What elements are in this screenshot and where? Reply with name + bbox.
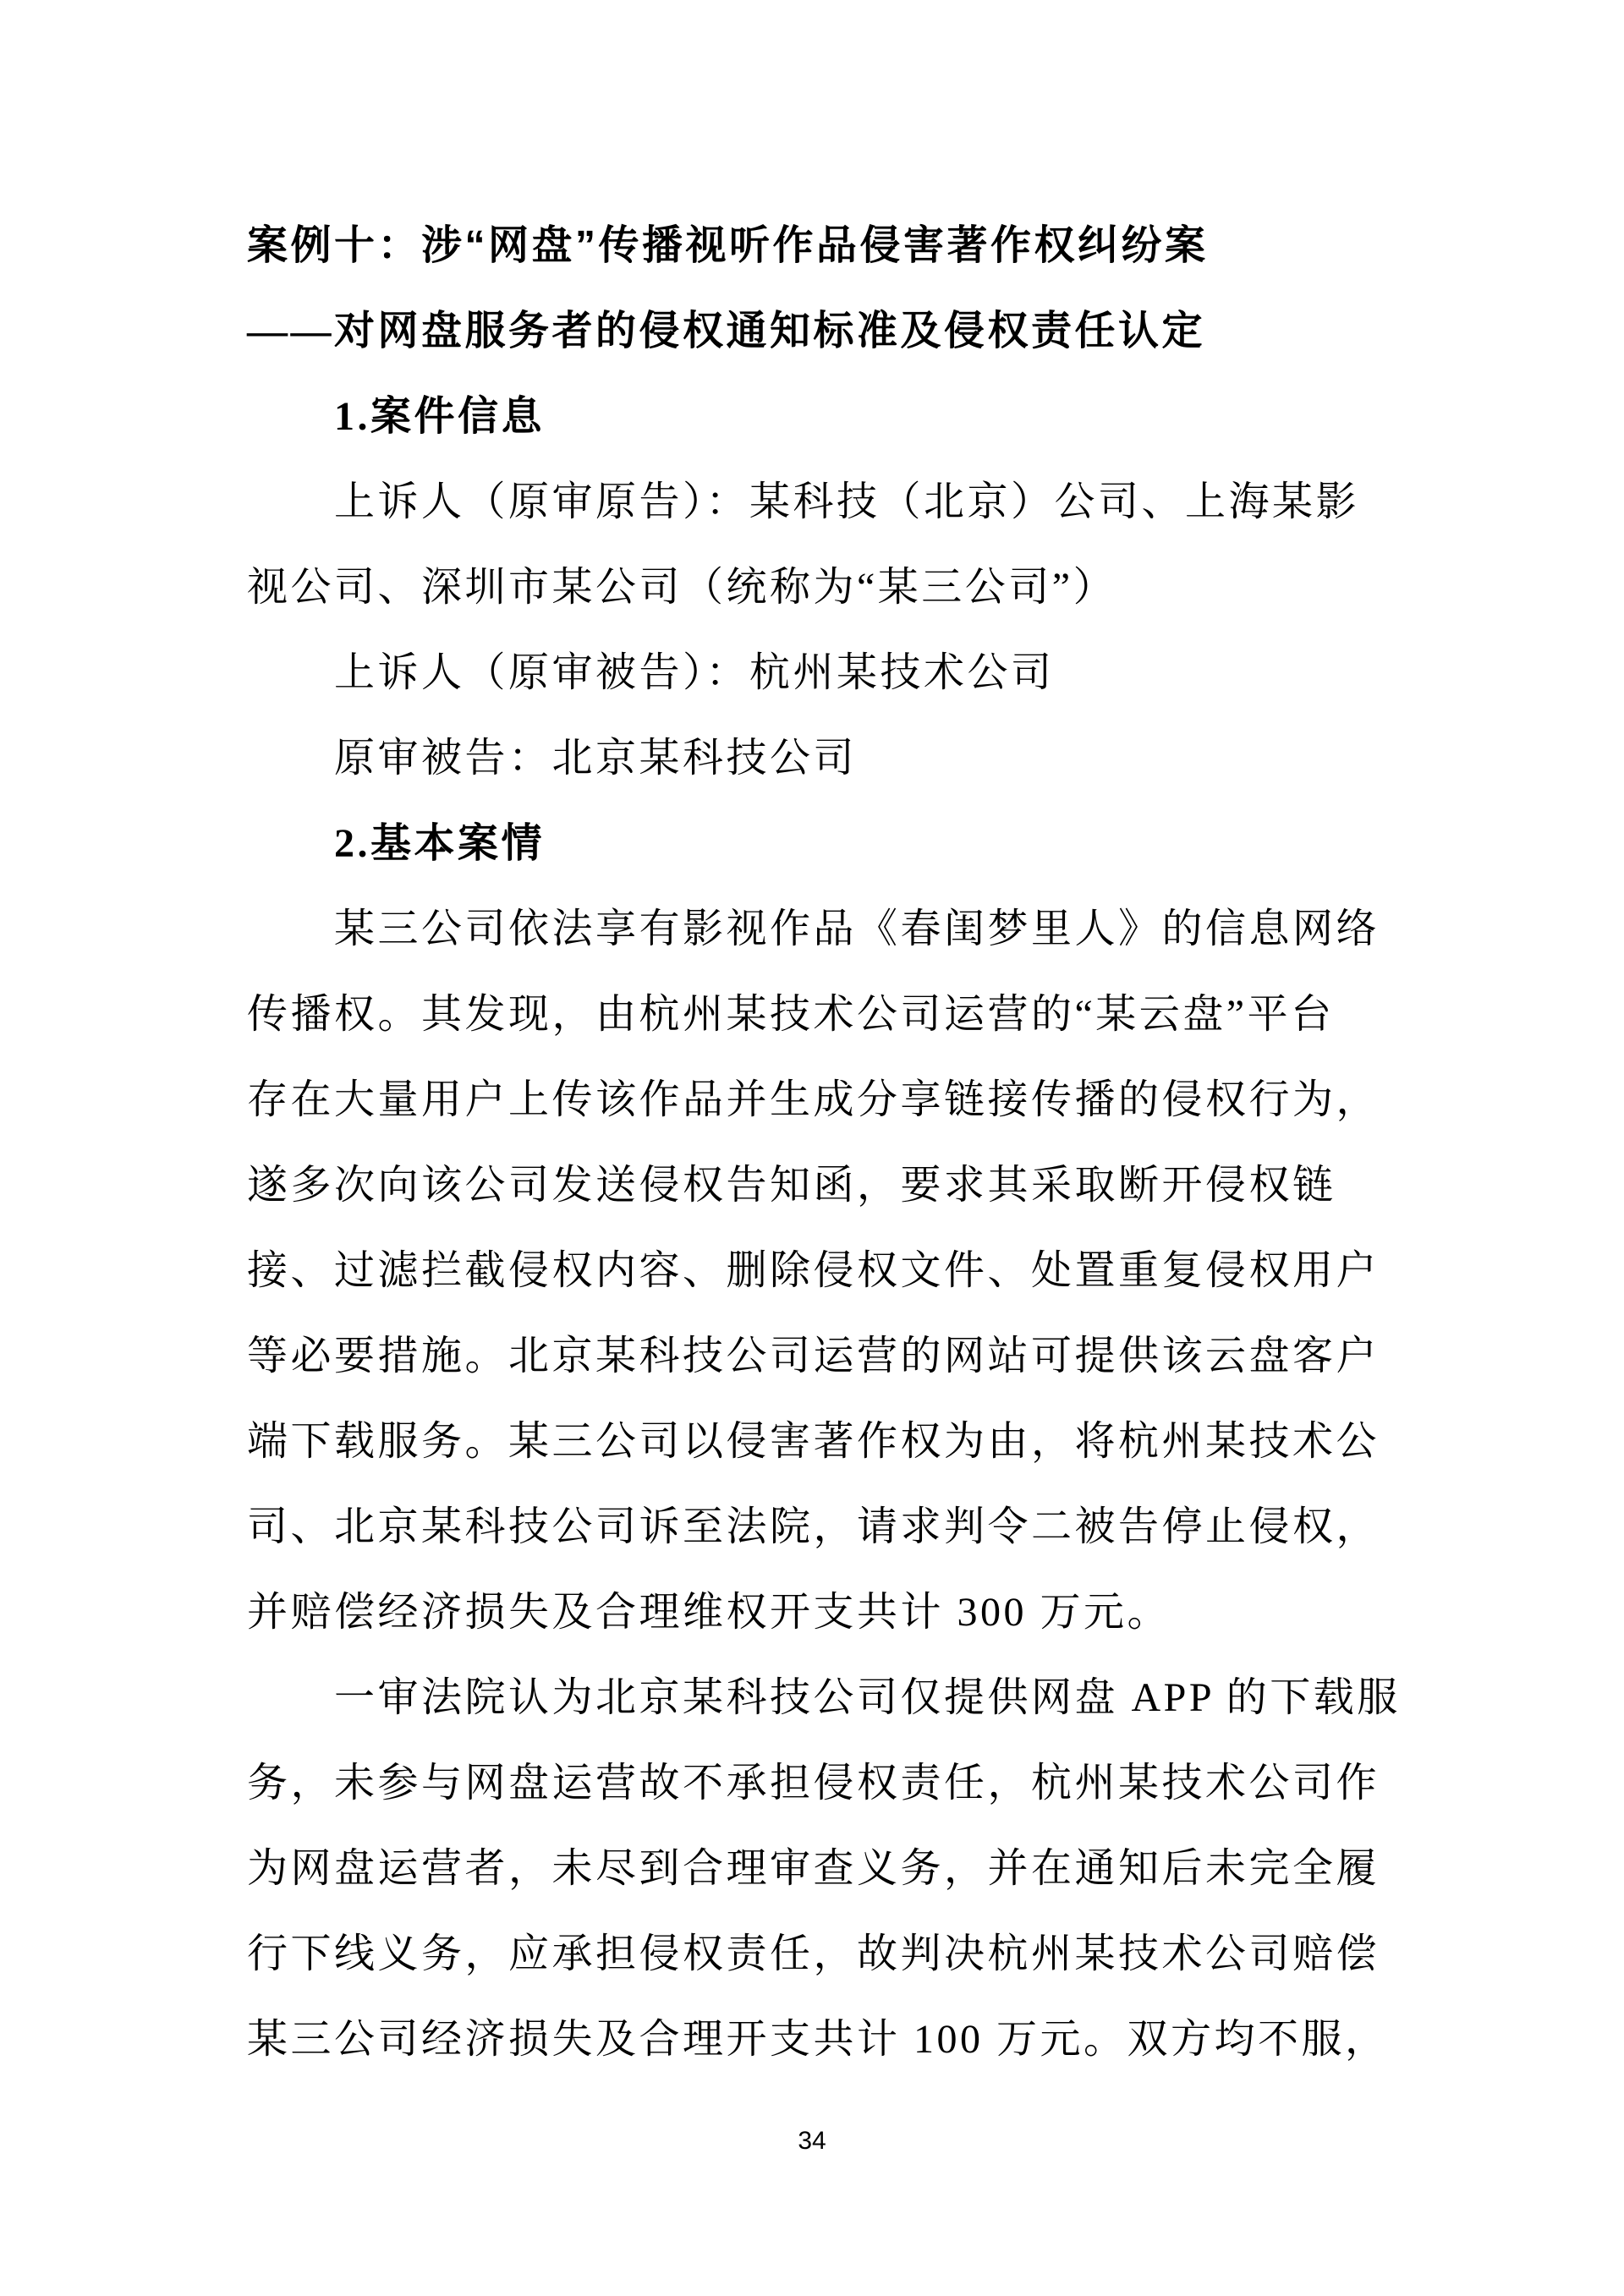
page-number: 34: [798, 2127, 826, 2155]
body-line: 原审被告：北京某科技公司: [247, 715, 1384, 801]
body-line: 司、北京某科技公司诉至法院，请求判令二被告停止侵权，: [247, 1484, 1384, 1570]
body-line: 行下线义务，应承担侵权责任，故判决杭州某技术公司赔偿: [247, 1911, 1384, 1997]
body-line: 存在大量用户上传该作品并生成分享链接传播的侵权行为，: [247, 1057, 1384, 1143]
body-line: 务，未参与网盘运营故不承担侵权责任，杭州某技术公司作: [247, 1740, 1384, 1826]
body-line: 接、过滤拦截侵权内容、删除侵权文件、处置重复侵权用户: [247, 1228, 1384, 1313]
body-line: 上诉人（原审被告）：杭州某技术公司: [247, 630, 1384, 715]
document-page: 案例十：涉“网盘”传播视听作品侵害著作权纠纷案 ——对网盘服务者的侵权通知标准及…: [0, 0, 1624, 2296]
body-line: 端下载服务。某三公司以侵害著作权为由，将杭州某技术公: [247, 1399, 1384, 1484]
body-line: 并赔偿经济损失及合理维权开支共计 300 万元。: [247, 1570, 1384, 1655]
body-line: 遂多次向该公司发送侵权告知函，要求其采取断开侵权链: [247, 1143, 1384, 1228]
text-block: 案例十：涉“网盘”传播视听作品侵害著作权纠纷案 ——对网盘服务者的侵权通知标准及…: [247, 203, 1384, 2082]
body-line: 等必要措施。北京某科技公司运营的网站可提供该云盘客户: [247, 1313, 1384, 1399]
page-footer: 34: [0, 2126, 1624, 2156]
body-line: 一审法院认为北京某科技公司仅提供网盘 APP 的下载服: [247, 1655, 1384, 1740]
case-title: 案例十：涉“网盘”传播视听作品侵害著作权纠纷案: [247, 203, 1384, 288]
section-heading-basic-facts: 2.基本案情: [247, 801, 1384, 886]
body-line: 某三公司依法享有影视作品《春闺梦里人》的信息网络: [247, 886, 1384, 972]
body-line: 传播权。其发现，由杭州某技术公司运营的“某云盘”平台: [247, 972, 1384, 1057]
section-heading-case-info: 1.案件信息: [247, 374, 1384, 459]
body-line: 上诉人（原审原告）：某科技（北京）公司、上海某影: [247, 459, 1384, 545]
case-subtitle: ——对网盘服务者的侵权通知标准及侵权责任认定: [247, 288, 1384, 374]
body-line: 为网盘运营者，未尽到合理审查义务，并在通知后未完全履: [247, 1826, 1384, 1911]
body-line: 视公司、深圳市某公司（统称为“某三公司”）: [247, 545, 1384, 630]
body-line: 某三公司经济损失及合理开支共计 100 万元。双方均不服，: [247, 1997, 1384, 2082]
